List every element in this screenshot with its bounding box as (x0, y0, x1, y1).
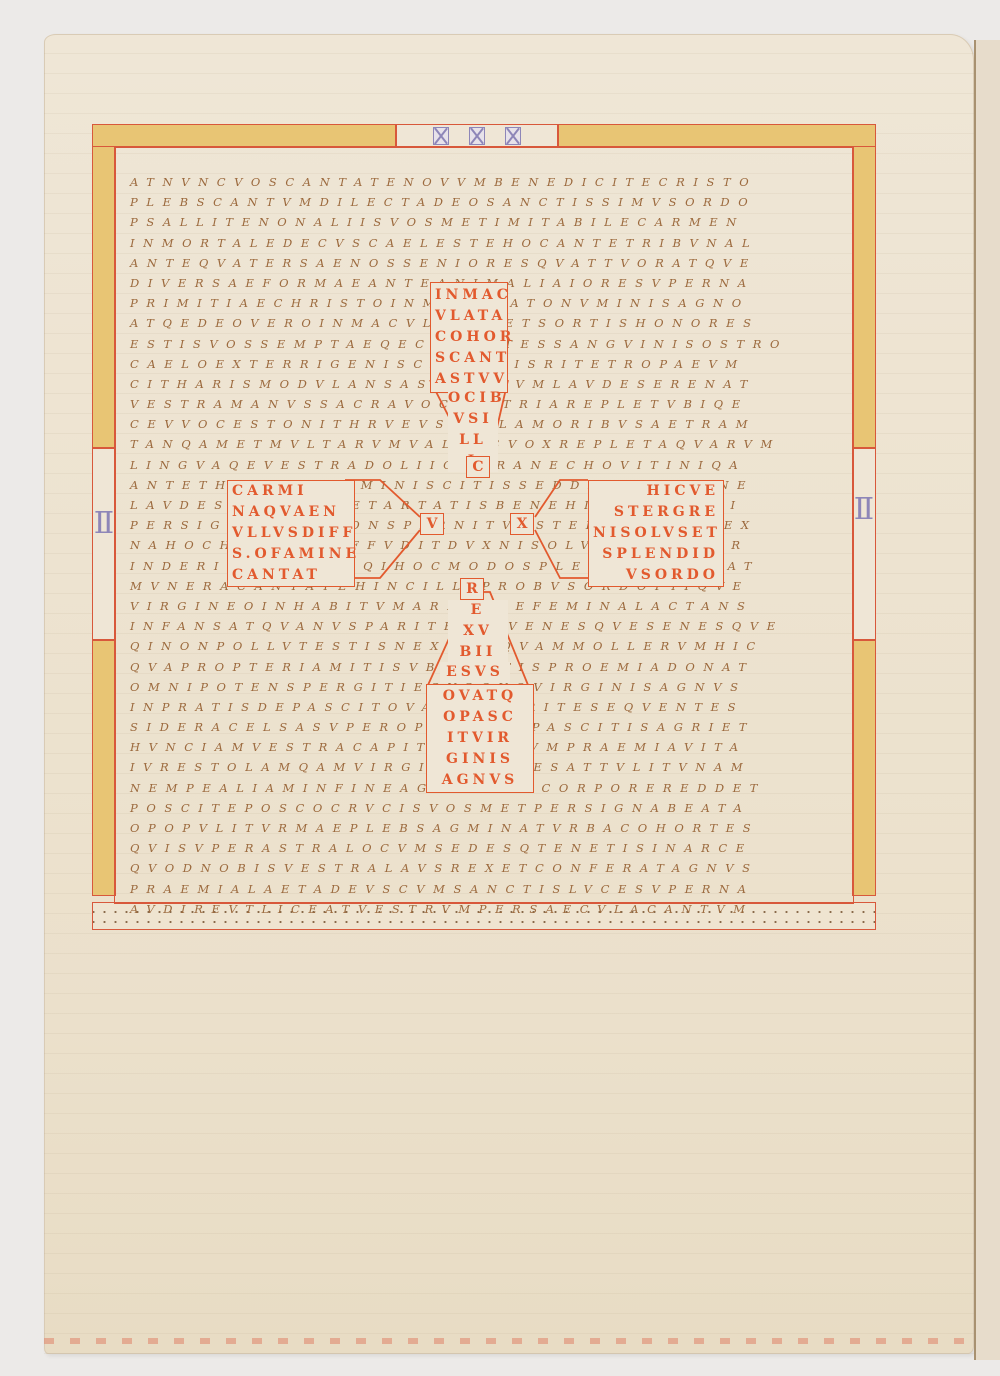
left-ornament-icon: Ⅱ (92, 504, 116, 544)
poem-line: QVODNOBISVESTRALAVSREXETCONFERATAGNVS (130, 858, 842, 878)
figure-text: VLLVSDIFF (232, 523, 350, 544)
cross-left-apex: V (420, 513, 444, 535)
crossed-box-icon (505, 127, 521, 145)
poem-line: PSALLITENONALIISVOSMETIMITABILECARMEN (130, 212, 842, 232)
cross-bottom-taper: E XV BII (448, 600, 508, 663)
cross-right-apex: X (510, 513, 534, 535)
figure-text: SCANT (435, 348, 503, 369)
poem-line: ATNVNCVOSCANTATENOVVMBENEDICITECRISTO (130, 172, 842, 192)
frame-top-left-band (92, 124, 396, 148)
frame-right-upper-band (852, 146, 876, 448)
poem-line: AVDIREVTLICEATVESTRVMPERSAECVLACANTVM (130, 899, 842, 919)
cross-right-arm: HICVE STERGRE NISOLVSET SPLENDID VSORDO (588, 480, 724, 587)
facing-page-edge (974, 40, 1000, 1360)
figure-text: SPLENDID (593, 544, 719, 565)
poem-line: PRAEMIALAETADEVSCVMSANCTISLVCESVPERNA (130, 879, 842, 899)
figure-text: OVATQ (431, 686, 529, 707)
frame-left-lower-band (92, 640, 116, 896)
figure-text: NAQVAEN (232, 502, 350, 523)
red-page-edge (44, 1338, 974, 1344)
figure-text: HICVE (593, 481, 719, 502)
cross-bottom-neck: ESVS (440, 662, 510, 683)
poem-line: POSCITEPOSCOCRVCISVOSMETPERSIGNABEATA (130, 798, 842, 818)
figure-text: E (448, 600, 508, 621)
figure-text: LL (448, 430, 498, 451)
figure-text: CANTAT (232, 565, 350, 586)
cross-top-apex: C (466, 456, 490, 478)
figure-text: VLATA (435, 306, 503, 327)
poem-line: ANTEQVATERSAENOSSENIORESQVATTVORATQVE (130, 253, 842, 273)
figure-text: BII (448, 642, 508, 663)
figure-text: AGNVS (431, 770, 529, 791)
cross-bottom-arm: OVATQ OPASC ITVIR GINIS AGNVS (426, 684, 534, 793)
figure-text: COHOR (435, 327, 503, 348)
figure-text: OPASC (431, 707, 529, 728)
figure-text: VSORDO (593, 565, 719, 586)
figure-text: ESVS (440, 662, 510, 683)
figure-text: NISOLVSET (593, 523, 719, 544)
cross-left-arm: CARMI NAQVAEN VLLVSDIFF S.OFAMINE CANTAT (227, 480, 355, 587)
poem-line: PLEBSCANTVMDILECTADEOSANCTISSIMVSORDO (130, 192, 842, 212)
figure-text: STERGRE (593, 502, 719, 523)
frame-left-upper-band (92, 146, 116, 448)
figure-text: INMAC (435, 285, 503, 306)
figure-text: CARMI (232, 481, 350, 502)
frame-right-plain (852, 448, 876, 640)
poem-line: QVISVPERASTRALOCVMSEDESQTENETISINARCE (130, 838, 842, 858)
figure-text: S.OFAMINE (232, 544, 350, 565)
figure-text: ITVIR (431, 728, 529, 749)
frame-right-lower-band (852, 640, 876, 896)
right-ornament-icon: Ⅱ (852, 490, 876, 530)
figure-text: ASTVV (435, 369, 503, 390)
figure-text: VSI (448, 409, 498, 430)
figure-text: XV (448, 621, 508, 642)
figure-text: GINIS (431, 749, 529, 770)
frame-left-plain (92, 448, 116, 640)
crossed-box-icon (433, 127, 449, 145)
crossed-box-icon (469, 127, 485, 145)
cross-bottom-apex: R (460, 578, 484, 600)
cross-top-arm: INMAC VLATA COHOR SCANT ASTVV (430, 282, 508, 393)
poem-line: OPOPVLITVRMAEPLEBSAGMINATVRBACOHORTES (130, 818, 842, 838)
frame-top-ornament (396, 124, 558, 148)
poem-line: INMORTALEDECVSCAELESTEHOCANTETRIBVNAL (130, 233, 842, 253)
figure-text: OCIB (448, 388, 498, 409)
frame-top-right-band (558, 124, 876, 148)
